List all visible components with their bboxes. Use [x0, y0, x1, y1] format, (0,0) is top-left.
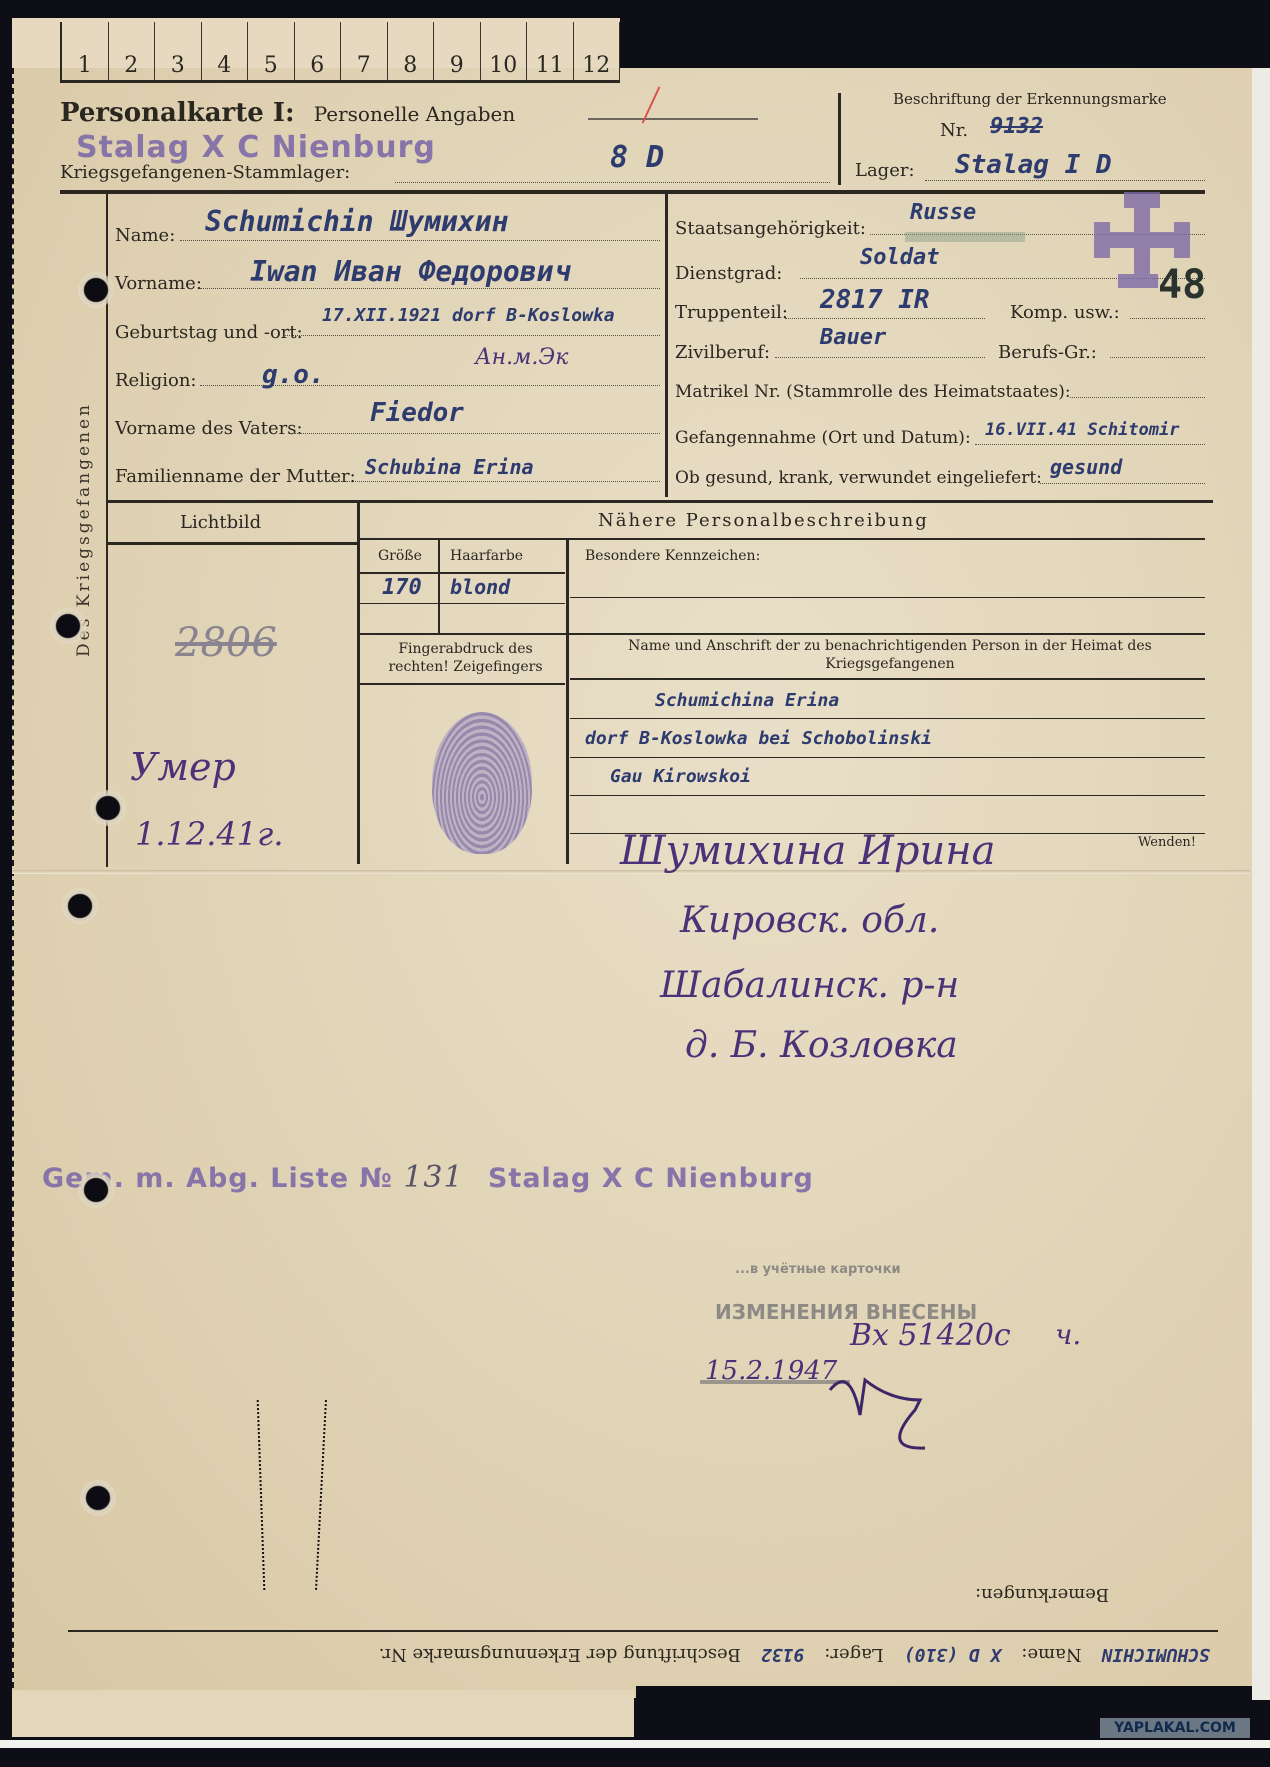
contact-line-1: Schumichina Erina — [655, 690, 839, 711]
field-value-capture: 16.VII.41 Schitomir — [985, 420, 1179, 440]
field-value-occupation: Bauer — [820, 325, 886, 350]
height-rule — [360, 572, 565, 574]
punch-hole — [80, 1480, 116, 1516]
contact-line — [570, 757, 1205, 758]
soviet-ref-suffix: ч. — [1055, 1318, 1081, 1351]
turn-over-label: Wenden! — [1138, 835, 1196, 850]
back-tag-label: Beschriftung der Erkennungsmarke Nr. — [379, 1644, 741, 1665]
field-label-birth: Geburtstag und -ort: — [115, 322, 303, 343]
dotline — [1070, 397, 1205, 398]
field-value-firstname: Iwan Иван Федорович — [250, 255, 570, 288]
index-ruler: 1 2 3 4 5 6 7 8 9 10 11 12 — [60, 22, 620, 83]
contact-line — [570, 718, 1205, 719]
watermark-badge: YAPLAKAL.COM — [1100, 1718, 1250, 1738]
tag-heading: Beschriftung der Erkennungsmarke — [893, 90, 1167, 108]
back-name-value: SCHUMICHIN — [1102, 1644, 1210, 1665]
ruler-cell: 1 — [62, 22, 109, 80]
list-number: 131 — [403, 1160, 463, 1195]
back-tag-row: Beschriftung der Erkennungsmarke Nr. 913… — [100, 1644, 1210, 1665]
back-lager-label: Lager: — [824, 1644, 884, 1665]
dotline — [180, 240, 660, 241]
ruler-cell: 9 — [434, 22, 481, 80]
ruler-cell: 11 — [527, 22, 574, 80]
field-value-nationality: Russe — [910, 200, 976, 225]
dotline — [785, 318, 985, 319]
field-annotation: Ан.м.Эк — [475, 345, 568, 370]
description-rule — [360, 538, 1205, 540]
photo-rule — [108, 542, 358, 545]
punch-hole — [50, 608, 86, 644]
field-label-firstname: Vorname: — [115, 273, 202, 294]
dotline — [1130, 318, 1205, 319]
russian-line-3: Шабалинск. р-н — [660, 965, 959, 1006]
dotline — [290, 433, 660, 434]
field-value-rank: Soldat — [860, 245, 939, 270]
back-name-label: Name: — [1021, 1644, 1081, 1665]
ruler-cell: 4 — [202, 22, 249, 80]
height-rule-2 — [360, 603, 565, 604]
marks-label: Besondere Kennzeichen: — [585, 548, 760, 564]
field-label-company: Komp. usw.: — [1010, 302, 1120, 323]
field-label-matrikel: Matrikel Nr. (Stammrolle des Heimatstaat… — [675, 382, 1071, 402]
scan-mask — [620, 0, 1270, 68]
description-title: Nähere Personalbeschreibung — [598, 510, 929, 531]
contact-line-3: Gau Kirowskoi — [610, 766, 751, 787]
dotline — [775, 357, 985, 358]
hair-label: Haarfarbe — [450, 548, 523, 564]
field-value-birth: 17.XII.1921 dorf B-Koslowka — [322, 305, 615, 326]
field-label-occupation: Zivilberuf: — [675, 342, 770, 363]
field-label-occupation-group: Berufs-Gr.: — [998, 342, 1097, 363]
contact-label: Name und Anschrift der zu benachrichtige… — [600, 637, 1180, 673]
field-value-name: Schumichin Шумихин — [205, 205, 508, 238]
field-value-health: gesund — [1050, 455, 1122, 479]
card-title-main: Personalkarte I: — [60, 98, 295, 128]
field-label-health: Ob gesund, krank, verwundet eingeliefert… — [675, 468, 1042, 488]
ruler-cell: 3 — [155, 22, 202, 80]
dotline — [1040, 483, 1205, 484]
camp-label: Kriegsgefangenen-Stammlager: — [60, 162, 350, 183]
contact-line — [570, 795, 1205, 796]
field-value-religion: g.o. — [262, 360, 325, 390]
description-divider — [566, 540, 569, 864]
card-bottom-flap — [12, 1690, 634, 1737]
dotline — [285, 335, 660, 336]
top-box-line — [588, 118, 758, 120]
remarks-label: Bemerkungen: — [975, 1584, 1109, 1605]
ruler-cell: 12 — [574, 22, 621, 80]
dotline — [1110, 357, 1205, 358]
card-title-sub: Personelle Angaben — [314, 102, 516, 126]
russian-line-1: Шумихина Ирина — [620, 828, 995, 874]
header-rule — [60, 190, 1205, 194]
punch-hole — [78, 1172, 114, 1208]
soviet-stamp-line1: ...в учётные карточки — [735, 1262, 901, 1277]
fingerprint-label: Fingerabdruck des rechten! Zeigefingers — [368, 640, 563, 676]
tag-lager-label: Lager: — [855, 160, 915, 181]
field-value-mother: Schubina Erina — [365, 455, 534, 479]
field-value-unit: 2817 IR — [820, 285, 930, 315]
dotline — [975, 444, 1205, 445]
tag-nr-value: 9132 — [990, 114, 1043, 139]
dotline — [330, 481, 660, 482]
field-label-unit: Truppenteil: — [675, 302, 788, 323]
punch-hole — [62, 888, 98, 924]
field-label-name: Name: — [115, 225, 175, 246]
header-divider — [838, 93, 841, 185]
camp-line — [395, 182, 830, 183]
hair-value: blond — [450, 575, 510, 599]
ruler-cell: 2 — [109, 22, 156, 80]
field-label-rank: Dienstgrad: — [675, 263, 782, 284]
tag-nr-label: Nr. — [940, 120, 968, 141]
back-rule — [68, 1630, 1218, 1632]
russian-line-2: Кировск. обл. — [680, 900, 939, 941]
green-highlight — [905, 232, 1025, 242]
soviet-ref: Вх 51420с — [850, 1318, 1011, 1353]
field-label-religion: Religion: — [115, 370, 197, 391]
field-label-nationality: Staatsangehörigkeit: — [675, 218, 866, 239]
camp-stamp: Stalag X C Nienburg — [76, 130, 436, 165]
back-tag-value: 9132 — [761, 1644, 804, 1665]
contact-rule — [570, 678, 1205, 680]
fingerprint-image — [432, 712, 532, 854]
fingerprint-rule — [360, 633, 1205, 635]
signature-icon — [820, 1370, 970, 1470]
death-date: 1.12.41г. — [135, 815, 283, 853]
height-label: Größe — [378, 548, 422, 564]
ruler-cell: 10 — [481, 22, 528, 80]
top-box-value: 8 D — [610, 140, 664, 175]
field-label-father: Vorname des Vaters: — [115, 418, 303, 439]
dotline — [200, 288, 660, 289]
ruler-cell: 7 — [341, 22, 388, 80]
list-stamp-camp: Stalag X C Nienburg — [488, 1163, 814, 1194]
photo-crossed-number: 2806 — [175, 620, 277, 666]
back-lager-value: X D (310) — [904, 1644, 1002, 1665]
field-label-mother: Familienname der Mutter: — [115, 466, 356, 487]
scan-edge-bottom — [0, 1740, 1270, 1748]
russian-line-4: д. Б. Козловка — [685, 1025, 958, 1066]
margin-number: 48 — [1158, 262, 1206, 308]
contact-line-2: dorf B-Koslowka bei Schobolinski — [585, 728, 932, 749]
scan-edge-right — [1252, 60, 1270, 1700]
fingerprint-rule-2 — [360, 683, 565, 685]
ruler-cell: 6 — [295, 22, 342, 80]
section-rule — [108, 500, 1213, 503]
photo-label: Lichtbild — [180, 512, 261, 533]
field-label-capture: Gefangennahme (Ort und Datum): — [675, 428, 971, 448]
card-title: Personalkarte I: Personelle Angaben — [60, 98, 515, 128]
ruler-cell: 5 — [248, 22, 295, 80]
death-note: Умер — [130, 745, 236, 789]
height-divider — [438, 540, 440, 635]
column-divider — [665, 192, 668, 497]
field-value-father: Fiedor — [370, 398, 464, 428]
list-stamp: Gem. m. Abg. Liste № 131 Stalag X C Nien… — [42, 1160, 814, 1195]
tag-lager-value: Stalag I D — [955, 150, 1112, 180]
ruler-cell: 8 — [388, 22, 435, 80]
punch-hole — [78, 272, 114, 308]
punch-hole — [90, 790, 126, 826]
marks-rule — [570, 597, 1205, 598]
height-value: 170 — [382, 575, 422, 600]
tag-lager-line — [925, 180, 1205, 181]
